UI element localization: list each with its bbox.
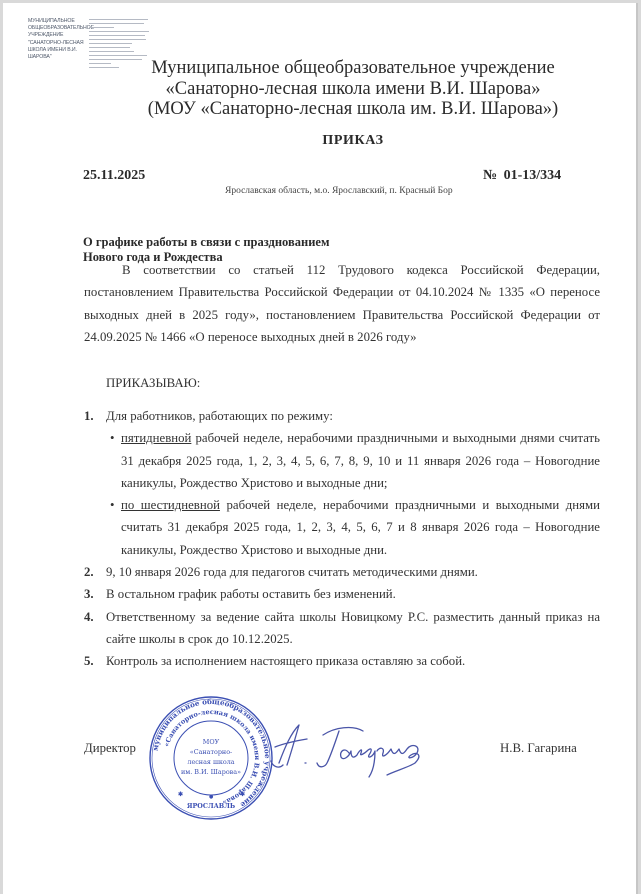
stamp-center-2: «Санаторно- [190,748,232,756]
signatory-name: Н.В. Гагарина [500,741,577,756]
subject-line-1: О графике работы в связи с празднованием [83,235,329,250]
official-stamp: муниципальное общеобразовательное учрежд… [148,695,274,821]
document-date: 25.11.2025 [83,168,145,184]
orders-label: ПРИКАЗЫВАЮ: [106,376,200,391]
order-text: 9, 10 января 2026 года для педагогов счи… [106,561,600,583]
order-item: 3. В остальном график работы оставить бе… [84,583,600,605]
order-number: 4. [84,606,94,628]
signatory-position: Директор [84,741,136,756]
order-text: Контроль за исполнением настоящего прика… [106,650,600,672]
order-text: В остальном график работы оставить без и… [106,583,600,605]
document-page: МУНИЦИПАЛЬНОЕ ОБЩЕОБРАЗОВАТЕЛЬНОЕ УЧРЕЖД… [3,3,638,894]
bullet-icon: • [110,427,114,449]
stamp-center-3: лесная школа [187,758,234,766]
header-line-1: Муниципальное общеобразовательное учрежд… [93,58,613,79]
header-line-2: «Санаторно-лесная школа имени В.И. Шаров… [93,79,613,100]
organization-header: Муниципальное общеобразовательное учрежд… [93,58,613,120]
order-bullet: • пятидневной рабочей неделе, нерабочими… [84,427,600,494]
bullet-icon: • [110,494,114,516]
document-place: Ярославская область, м.о. Ярославский, п… [225,186,453,196]
order-bullet: • по шестидневной рабочей неделе, нерабо… [84,494,600,561]
stamp-city: ЯРОСЛАВЛЬ [187,802,235,810]
stamp-star-icon: ✱ [240,791,245,798]
order-number: 5. [84,650,94,672]
stamp-center-1: МОУ [203,738,220,746]
stamp-star-icon: ✱ [178,791,183,798]
order-item: 4. Ответственному за ведение сайта школы… [84,606,600,651]
order-text: Ответственному за ведение сайта школы Но… [106,606,600,651]
stamp-dot-icon: ● [209,794,214,800]
order-text: Для работников, работающих по режиму: [106,405,600,427]
preamble: В соответствии со статьей 112 Трудового … [84,259,600,348]
order-item: 5. Контроль за исполнением настоящего пр… [84,650,600,672]
header-line-3: (МОУ «Санаторно-лесная школа им. В.И. Ша… [93,99,613,120]
order-item: 2. 9, 10 января 2026 года для педагогов … [84,561,600,583]
stamp-center-4: им. В.И. Шарова» [181,768,241,776]
order-number: 3. [84,583,94,605]
bullet-underlined: по шестидневной [121,498,220,512]
order-number: 1. [84,405,94,427]
bullet-text: рабочей неделе, нерабочими праздничными … [121,431,600,490]
orders-list: 1. Для работников, работающих по режиму:… [84,405,600,673]
document-title: ПРИКАЗ [93,133,613,149]
esignature-organization: МУНИЦИПАЛЬНОЕ ОБЩЕОБРАЗОВАТЕЛЬНОЕ УЧРЕЖД… [28,18,88,61]
order-item: 1. Для работников, работающих по режиму: [84,405,600,427]
order-number: 2. [84,561,94,583]
bullet-underlined: пятидневной [121,431,191,445]
handwritten-signature [265,717,455,787]
document-number: № 01-13/334 [483,168,561,184]
